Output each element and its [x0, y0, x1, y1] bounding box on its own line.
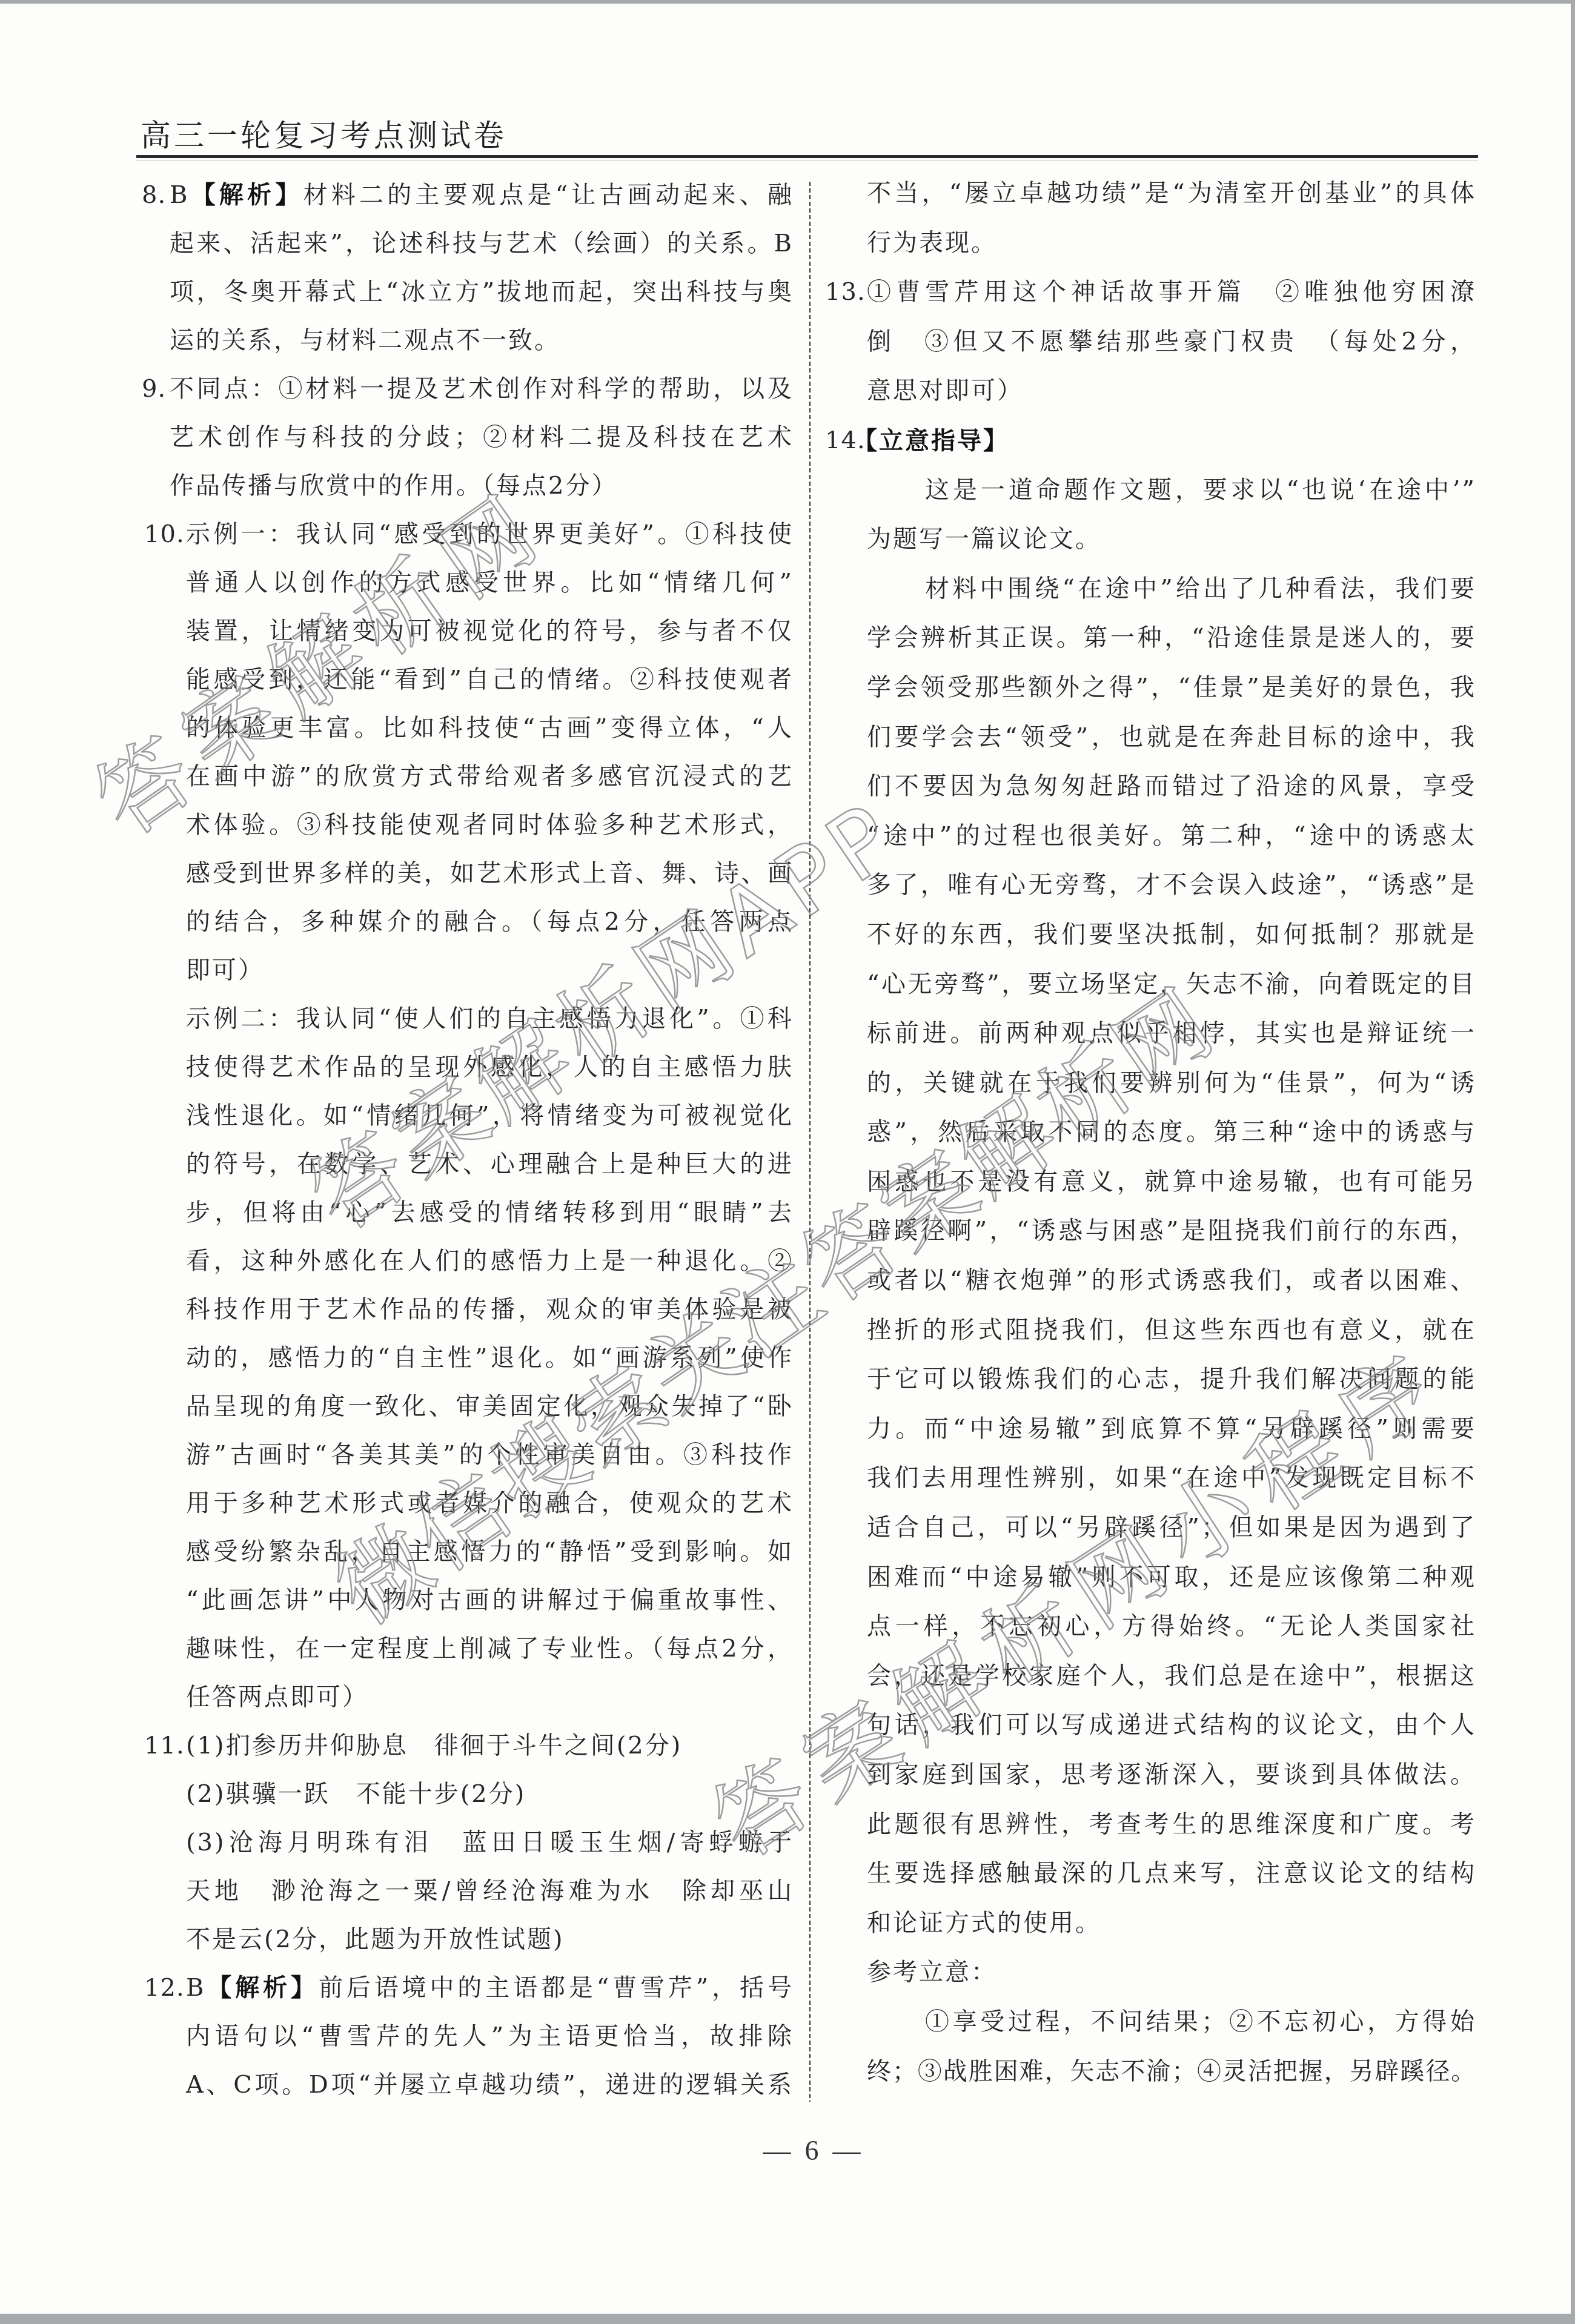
q13-line: 13.①曹雪芹用这个神话故事开篇 ②唯独他穷困潦: [825, 268, 1476, 317]
question-number: 14.: [825, 416, 866, 466]
analysis-tag: 【解析】: [189, 180, 303, 209]
q14-heading: 14.【立意指导】: [825, 416, 1476, 466]
q14-line: 于它可以锻炼我们的心志，提升我们解决问题的能: [825, 1355, 1476, 1405]
q14-line: 不好的东西，我们要坚决抵制，如何抵制？那就是: [825, 910, 1476, 960]
q10-line: 装置，让情绪变为可被视觉化的符号，参与者不仅: [142, 607, 794, 655]
q9-line: 9.不同点：①材料一提及艺术创作对科学的帮助，以及: [142, 365, 794, 413]
q10-line: 步，但将由“心”去感受的情绪转移到用“眼睛”去: [142, 1188, 794, 1237]
q14-line: 为题写一篇议论文。: [825, 515, 1476, 564]
q10-line: 的符号，在数学、艺术、心理融合上是种巨大的进: [142, 1140, 794, 1188]
header-rule-shadow: [136, 160, 1478, 161]
q14-line: ①享受过程，不问结果；②不忘初心，方得始: [825, 1998, 1476, 2047]
left-column: 8.B【解析】材料二的主要观点是“让古画动起来、融 起来、活起来”，论述科技与艺…: [142, 171, 794, 2109]
question-number: 9.: [142, 365, 166, 413]
q14-line: 学会领受那些额外之得”，“佳景”是美好的景色，我: [825, 663, 1476, 713]
line-text: 示例一：我认同“感受到的世界更美好”。①科技使: [186, 520, 794, 548]
q14-line: 困惑也不是没有意义，就算中途易辙，也有可能另: [825, 1157, 1476, 1207]
q14-line: 标前进。前两种观点似乎相悖，其实也是辩证统一: [825, 1009, 1476, 1059]
q12-line: 12.B【解析】前后语境中的主语都是“曹雪芹”，括号: [142, 1964, 794, 2012]
q9-line: 作品传播与欣赏中的作用。（每点2分）: [142, 462, 794, 510]
line-text: (1)扪参历井仰胁息 徘徊于斗牛之间(2分): [186, 1732, 682, 1760]
q14-line: 们要学会去“领受”，也就是在奔赴目标的途中，我: [825, 713, 1476, 763]
q14-line: 困难而“中途易辙”则不可取，还是应该像第二种观: [825, 1553, 1476, 1603]
q8-line: 项，冬奥开幕式上“冰立方”拔地而起，突出科技与奥: [142, 268, 794, 316]
q14-line: 力。而“中途易辙”到底算不算“另辟蹊径”则需要: [825, 1405, 1476, 1454]
q11-line: (2)骐骥一跃 不能十步(2分): [142, 1770, 794, 1818]
guidance-tag: 【立意指导】: [853, 426, 1009, 455]
q14-line: 终；③战胜困难，矢志不渝；④灵活把握，另辟蹊径。: [825, 2047, 1476, 2097]
reference-ideas-label: 参考立意：: [825, 1948, 1476, 1998]
q10-line: 技使得艺术作品的呈现外感化，人的自主感悟力肤: [142, 1043, 794, 1091]
q14-line: 和论证方式的使用。: [825, 1899, 1476, 1948]
q10-line: 的结合，多种媒介的融合。（每点2分，任答两点: [142, 898, 794, 946]
q10-line: 能感受到，还能“看到”自己的情绪。②科技使观者: [142, 655, 794, 704]
q10-line: 在画中游”的欣赏方式带给观者多感官沉浸式的艺: [142, 752, 794, 801]
q10-line: 浅性退化。如“情绪几何”，将情绪变为可被视觉化: [142, 1091, 794, 1140]
q10-line: 术体验。③科技能使观者同时体验多种艺术形式，: [142, 801, 794, 849]
q8-line: 8.B【解析】材料二的主要观点是“让古画动起来、融: [142, 171, 794, 219]
q11-line: (3)沧海月明珠有泪 蓝田日暖玉生烟/寄蜉蝣于: [142, 1818, 794, 1867]
q14-line: 句话，我们可以写成递进式结构的议论文，由个人: [825, 1701, 1476, 1750]
q14-line: “心无旁骛”，要立场坚定，矢志不渝，向着既定的目: [825, 960, 1476, 1010]
line-text: ①曹雪芹用这个神话故事开篇 ②唯独他穷困潦: [867, 278, 1476, 306]
q14-line: 此题很有思辨性，考查考生的思维深度和广度。考: [825, 1800, 1476, 1850]
q14-line: 辟蹊径啊”，“诱惑与困惑”是阻挠我们前行的东西，: [825, 1207, 1476, 1256]
q10-line: 用于多种艺术形式或者媒介的融合，使观众的艺术: [142, 1479, 794, 1528]
q10-line: 普通人以创作的方式感受世界。比如“情绪几何”: [142, 558, 794, 607]
q10-line: “此画怎讲”中人物对古画的讲解过于偏重故事性、: [142, 1576, 794, 1624]
q10-line: 任答两点即可）: [142, 1673, 794, 1721]
q14-line: 惑”，然后采取不同的态度。第三种“途中的诱惑与: [825, 1108, 1476, 1157]
q12-line: 内语句以“曹雪芹的先人”为主语更恰当，故排除: [142, 2012, 794, 2061]
page-title: 高三一轮复习考点测试卷: [141, 118, 507, 154]
q10-line: 的体验更丰富。比如科技使“古画”变得立体，“人: [142, 704, 794, 752]
q14-line: 们不要因为急匆匆赶路而错过了沿途的风景，享受: [825, 762, 1476, 812]
q11-line: 不是云(2分，此题为开放性试题): [142, 1915, 794, 1964]
answer-choice: B: [170, 181, 189, 209]
q10-line: 感受到世界多样的美，如艺术形式上音、舞、诗、画: [142, 849, 794, 898]
q14-line: 生要选择感触最深的几点来写，注意议论文的结构: [825, 1849, 1476, 1899]
q14-line: 到家庭到国家，思考逐渐深入，要谈到具体做法。: [825, 1750, 1476, 1800]
q11-line: 11.(1)扪参历井仰胁息 徘徊于斗牛之间(2分): [142, 1721, 794, 1770]
question-number: 8.: [142, 171, 166, 219]
q14-line: 学会辨析其正误。第一种，“沿途佳景是迷人的，要: [825, 614, 1476, 663]
q8-line: 运的关系，与材料二观点不一致。: [142, 316, 794, 365]
q14-line: 这是一道命题作文题，要求以“也说‘在途中’”: [825, 466, 1476, 515]
q10-line: 动的，感悟力的“自主性”退化。如“画游系列”使作: [142, 1334, 794, 1382]
q10-line: 感受纷繁杂乱，自主感悟力的“静悟”受到影响。如: [142, 1528, 794, 1576]
q14-line: 会，还是学校家庭个人，我们总是在途中”，根据这: [825, 1652, 1476, 1701]
right-column: 不当，“屡立卓越功绩”是“为清室开创基业”的具体 行为表现。 13.①曹雪芹用这…: [825, 169, 1476, 2096]
q10-line: 游”古画时“各美其美”的个性审美自由。③科技作: [142, 1431, 794, 1479]
q10-line: 科技作用于艺术作品的传播，观众的审美体验是被: [142, 1285, 794, 1334]
q10-line: 即可）: [142, 946, 794, 995]
column-divider: [809, 182, 811, 2102]
q10-line: 10.示例一：我认同“感受到的世界更美好”。①科技使: [142, 510, 794, 558]
q14-line: 挫折的形式阻挠我们，但这些东西也有意义，就在: [825, 1306, 1476, 1356]
q14-line: “途中”的过程也很美好。第二种，“途中的诱惑太: [825, 812, 1476, 861]
q9-line: 艺术创作与科技的分歧；②材料二提及科技在艺术: [142, 413, 794, 462]
analysis-tag: 【解析】: [205, 1973, 318, 2002]
q12-line: A、C项。D项“并屡立卓越功绩”，递进的逻辑关系: [142, 2061, 794, 2109]
q10-line: 看，这种外感化在人们的感悟力上是一种退化。②: [142, 1237, 794, 1285]
line-text: 材料二的主要观点是“让古画动起来、融: [303, 181, 794, 209]
question-number: 11.: [144, 1721, 185, 1770]
answer-choice: B: [186, 1974, 205, 2002]
q14-line: 或者以“糖衣炮弹”的形式诱惑我们，或者以困难、: [825, 1256, 1476, 1306]
q14-line: 的，关键就在于我们要辨别何为“佳景”，何为“诱: [825, 1059, 1476, 1108]
page-number: — 6 —: [763, 2134, 861, 2167]
question-number: 12.: [144, 1964, 185, 2012]
line-text: 不同点：①材料一提及艺术创作对科学的帮助，以及: [170, 375, 794, 403]
q12-line: 不当，“屡立卓越功绩”是“为清室开创基业”的具体: [825, 169, 1476, 219]
q13-line: 意思对即可）: [825, 366, 1476, 416]
q8-line: 起来、活起来”，论述科技与艺术（绘画）的关系。B: [142, 219, 794, 268]
question-number: 10.: [144, 510, 185, 558]
q14-line: 材料中围绕“在途中”给出了几种看法，我们要: [825, 564, 1476, 614]
q14-line: 适合自己，可以“另辟蹊径”；但如果是因为遇到了: [825, 1503, 1476, 1553]
q13-line: 倒 ③但又不愿攀结那些豪门权贵 （每处2分，: [825, 317, 1476, 367]
q10-line: 示例二：我认同“使人们的自主感悟力退化”。①科: [142, 995, 794, 1043]
q12-line: 行为表现。: [825, 219, 1476, 268]
q14-line: 点一样，不忘初心，方得始终。“无论人类国家社: [825, 1602, 1476, 1652]
line-text: 前后语境中的主语都是“曹雪芹”，括号: [319, 1974, 794, 2002]
question-number: 13.: [825, 268, 866, 317]
q10-line: 品呈现的角度一致化、审美固定化，观众失掉了“卧: [142, 1382, 794, 1431]
q11-line: 天地 渺沧海之一粟/曾经沧海难为水 除却巫山: [142, 1867, 794, 1915]
q14-line: 多了，唯有心无旁骛，才不会误入歧途”，“诱惑”是: [825, 861, 1476, 910]
header-rule: [136, 155, 1478, 158]
q10-line: 趣味性，在一定程度上削减了专业性。（每点2分，: [142, 1624, 794, 1673]
q14-line: 我们去用理性辨别，如果“在途中”发现既定目标不: [825, 1454, 1476, 1503]
